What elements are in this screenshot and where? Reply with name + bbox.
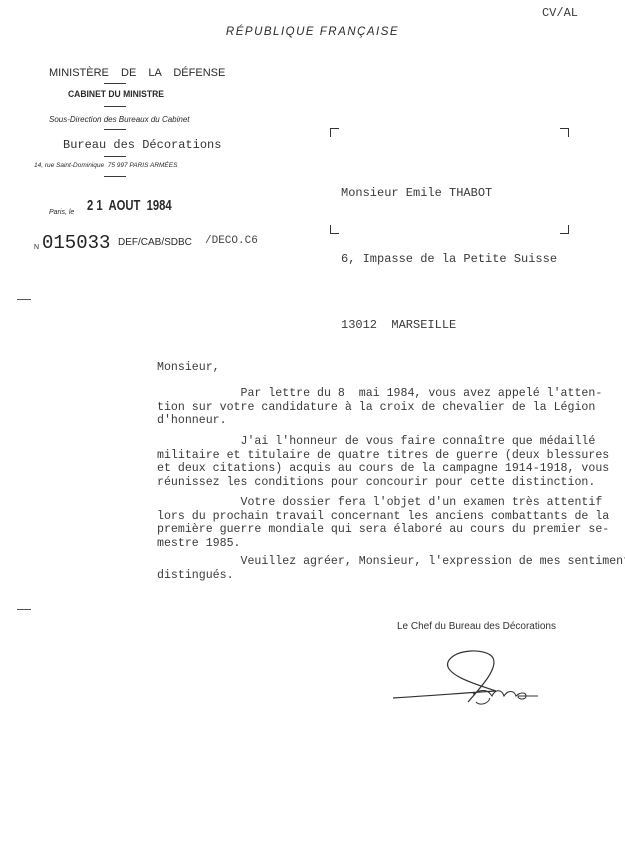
divider [104,106,126,107]
reference-number: 015033 [42,232,110,254]
sub-direction: Sous-Direction des Bureaux du Cabinet [49,115,190,124]
divider [104,83,126,84]
place-prefix: Paris, le [49,209,74,216]
reference-code: DEF/CAB/SDBC [118,237,192,248]
divider [104,156,126,157]
recipient-street: 6, Impasse de la Petite Suisse [341,248,557,270]
divider [104,129,126,130]
reference-service: /DECO.C6 [205,235,258,247]
republic-heading: RÉPUBLIQUE FRANÇAISE [0,26,625,38]
recipient-name: Monsieur Emile THABOT [341,182,557,204]
salutation: Monsieur, [157,361,220,375]
paragraph: Par lettre du 8 mai 1984, vous avez appe… [157,387,602,428]
fold-mark [17,299,31,300]
paragraph: Votre dossier fera l'objet d'un examen t… [157,496,609,550]
ministry-name: MINISTÈRE DE LA DÉFENSE [49,67,225,79]
handwritten-signature [388,640,558,710]
corner-mark [560,128,569,137]
paragraph: J'ai l'honneur de vous faire connaître q… [157,435,609,489]
fold-mark [17,609,31,610]
date-stamp: 2 1 AOUT 1984 [87,197,172,214]
divider [104,176,126,177]
corner-mark [330,128,339,137]
bureau-name: Bureau des Décorations [63,138,221,152]
office-address: 14, rue Saint-Dominique 75 997 PARIS ARM… [34,162,177,169]
signature-title: Le Chef du Bureau des Décorations [397,621,556,632]
reference-initials: CV/AL [542,6,578,20]
corner-mark [330,225,339,234]
cabinet-name: CABINET DU MINISTRE [68,89,169,100]
recipient-address: Monsieur Emile THABOT 6, Impasse de la P… [341,138,557,380]
corner-mark [560,225,569,234]
paragraph: Veuillez agréer, Monsieur, l'expression … [157,555,625,582]
recipient-city: 13012 MARSEILLE [341,314,557,336]
number-prefix: N [34,244,39,251]
